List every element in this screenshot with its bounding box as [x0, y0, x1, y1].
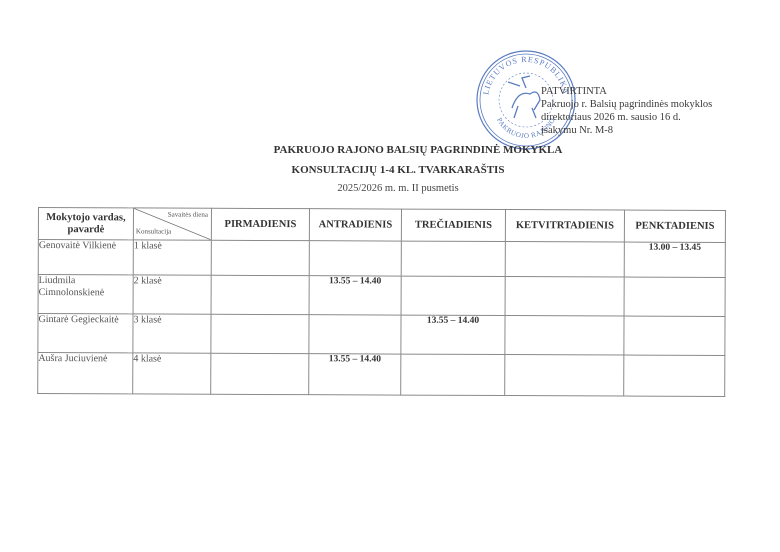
approval-line-3: įsakymu Nr. M-8 — [541, 124, 712, 137]
table-row: Aušra Juciuvienė 4 klasė 13.55 – 14.40 — [38, 353, 725, 397]
consultation-label: Konsultacija — [136, 227, 171, 235]
slot-tuesday — [309, 315, 401, 354]
slot-friday: 13.00 – 13.45 — [624, 242, 725, 277]
class-name: 4 klasė — [133, 353, 211, 394]
school-period: 2025/2026 m. m. II pusmetis — [8, 183, 780, 194]
slot-thursday — [505, 277, 624, 317]
class-name: 3 klasė — [133, 314, 211, 353]
slot-friday — [624, 355, 725, 396]
teacher-name: Aušra Juciuvienė — [38, 353, 133, 394]
day-header-thursday: KETVITRTADIENIS — [505, 210, 624, 243]
slot-wednesday: 13.55 – 14.40 — [401, 315, 505, 354]
table-row: Genovaitė Vilkienė 1 klasė 13.00 – 13.45 — [38, 240, 725, 278]
slot-tuesday: 13.55 – 14.40 — [309, 276, 401, 315]
approval-block: PATVIRTINTA Pakruojo r. Balsių pagrindin… — [541, 85, 712, 137]
teacher-name: Genovaitė Vilkienė — [38, 240, 133, 275]
weekday-label: Savaitės diena — [168, 211, 208, 219]
approval-line-2: direktoriaus 2026 m. sausio 16 d. — [541, 111, 712, 124]
slot-thursday — [505, 316, 624, 356]
slot-friday — [624, 277, 725, 316]
schedule-table: Mokytojo vardas, pavardė Savaitės diena … — [37, 207, 726, 397]
slot-thursday — [505, 355, 624, 397]
slot-thursday — [505, 242, 624, 278]
document-title: KONSULTACIJŲ 1-4 KL. TVARKARAŠTIS — [8, 164, 780, 176]
class-name: 2 klasė — [133, 275, 211, 314]
approval-line-1: Pakruojo r. Balsių pagrindinės mokyklos — [541, 98, 712, 111]
slot-tuesday: 13.55 – 14.40 — [309, 354, 401, 395]
approval-heading: PATVIRTINTA — [541, 85, 712, 98]
slot-monday — [211, 314, 309, 353]
slot-wednesday — [401, 354, 505, 395]
teacher-name: Liudmila Cimnolonskienė — [38, 275, 133, 314]
table-row: Liudmila Cimnolonskienė 2 klasė 13.55 – … — [38, 275, 725, 317]
day-header-friday: PENKTADIENIS — [624, 210, 725, 242]
day-header-tuesday: ANTRADIENIS — [309, 209, 401, 241]
school-name: PAKRUOJO RAJONO BALSIŲ PAGRINDINĖ MOKYKL… — [28, 144, 780, 156]
slot-wednesday — [401, 241, 505, 276]
diagonal-header-cell: Savaitės diena Konsultacija — [133, 208, 211, 240]
teacher-name: Gintarė Gegieckaitė — [38, 314, 133, 353]
slot-friday — [624, 316, 725, 355]
slot-wednesday — [401, 276, 505, 315]
slot-monday — [211, 275, 309, 314]
teacher-column-header: Mokytojo vardas, pavardė — [38, 208, 133, 240]
day-header-wednesday: TREČIADIENIS — [401, 209, 505, 241]
class-name: 1 klasė — [133, 240, 211, 275]
slot-monday — [211, 240, 309, 275]
table-row: Gintarė Gegieckaitė 3 klasė 13.55 – 14.4… — [38, 314, 725, 356]
slot-tuesday — [309, 241, 401, 276]
table-header-row: Mokytojo vardas, pavardė Savaitės diena … — [38, 208, 725, 243]
day-header-monday: PIRMADIENIS — [211, 208, 309, 240]
slot-monday — [211, 353, 309, 394]
